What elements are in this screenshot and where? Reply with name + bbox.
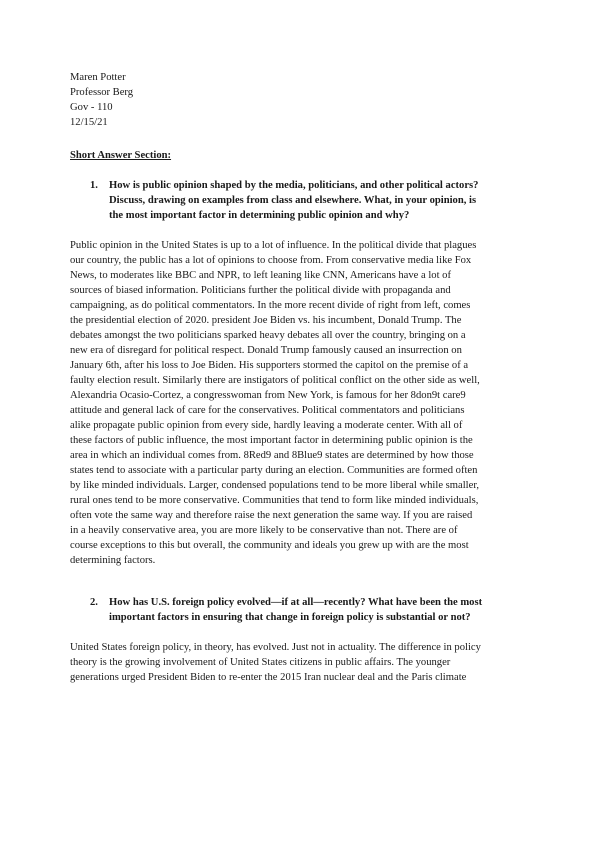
answer-line: campaigning, as do political commentator…	[70, 298, 530, 313]
document-header: Maren Potter Professor Berg Gov - 110 12…	[70, 70, 133, 130]
answer-line: Public opinion in the United States is u…	[70, 238, 530, 253]
section-title: Short Answer Section:	[70, 148, 171, 163]
question-line: Discuss, drawing on examples from class …	[109, 193, 550, 208]
answer-line: debates amongst the two politicians spar…	[70, 328, 530, 343]
answer-line: these factors of public influence, the m…	[70, 433, 530, 448]
answer-line: January 6th, after his loss to Joe Biden…	[70, 358, 530, 373]
answer-line: in a heavily conservative area, you are …	[70, 523, 530, 538]
document-page: Maren Potter Professor Berg Gov - 110 12…	[0, 0, 595, 842]
answer-line: often vote the same way and therefore ra…	[70, 508, 530, 523]
question-line: the most important factor in determining…	[109, 208, 550, 223]
question-line: How is public opinion shaped by the medi…	[109, 178, 550, 193]
answer-line: determining factors.	[70, 553, 530, 568]
question-line: important factors in ensuring that chang…	[109, 610, 550, 625]
answer-line: faulty election result. Similarly there …	[70, 373, 530, 388]
answer-1: Public opinion in the United States is u…	[70, 238, 530, 568]
answer-line: new era of disregard for political respe…	[70, 343, 530, 358]
answer-line: the presidential election of 2020. presi…	[70, 313, 530, 328]
answer-line: United States foreign policy, in theory,…	[70, 640, 530, 655]
answer-line: News, to moderates like BBC and NPR, to …	[70, 268, 530, 283]
answer-line: theory is the growing involvement of Uni…	[70, 655, 530, 670]
professor-name: Professor Berg	[70, 85, 133, 100]
answer-line: our country, the public has a lot of opi…	[70, 253, 530, 268]
question-number: 2.	[90, 595, 98, 610]
answer-2: United States foreign policy, in theory,…	[70, 640, 530, 685]
answer-line: Alexandria Ocasio-Cortez, a congresswoma…	[70, 388, 530, 403]
answer-line: by like minded individuals. Larger, cond…	[70, 478, 530, 493]
answer-line: sources of biased information. Politicia…	[70, 283, 530, 298]
question-2: 2. How has U.S. foreign policy evolved—i…	[90, 595, 550, 625]
answer-line: generations urged President Biden to re-…	[70, 670, 530, 685]
answer-line: states tend to associate with a particul…	[70, 463, 530, 478]
question-1: 1. How is public opinion shaped by the m…	[90, 178, 550, 223]
question-line: How has U.S. foreign policy evolved—if a…	[109, 595, 550, 610]
course-code: Gov - 110	[70, 100, 133, 115]
question-number: 1.	[90, 178, 98, 193]
answer-line: rural ones tend to be more conservative.…	[70, 493, 530, 508]
question-text: How is public opinion shaped by the medi…	[109, 178, 550, 223]
answer-line: course exceptions to this but overall, t…	[70, 538, 530, 553]
student-name: Maren Potter	[70, 70, 133, 85]
date: 12/15/21	[70, 115, 133, 130]
question-text: How has U.S. foreign policy evolved—if a…	[109, 595, 550, 625]
answer-line: area in which an individual comes from. …	[70, 448, 530, 463]
answer-line: alike propagate public opinion from ever…	[70, 418, 530, 433]
answer-line: attitude and general lack of care for th…	[70, 403, 530, 418]
